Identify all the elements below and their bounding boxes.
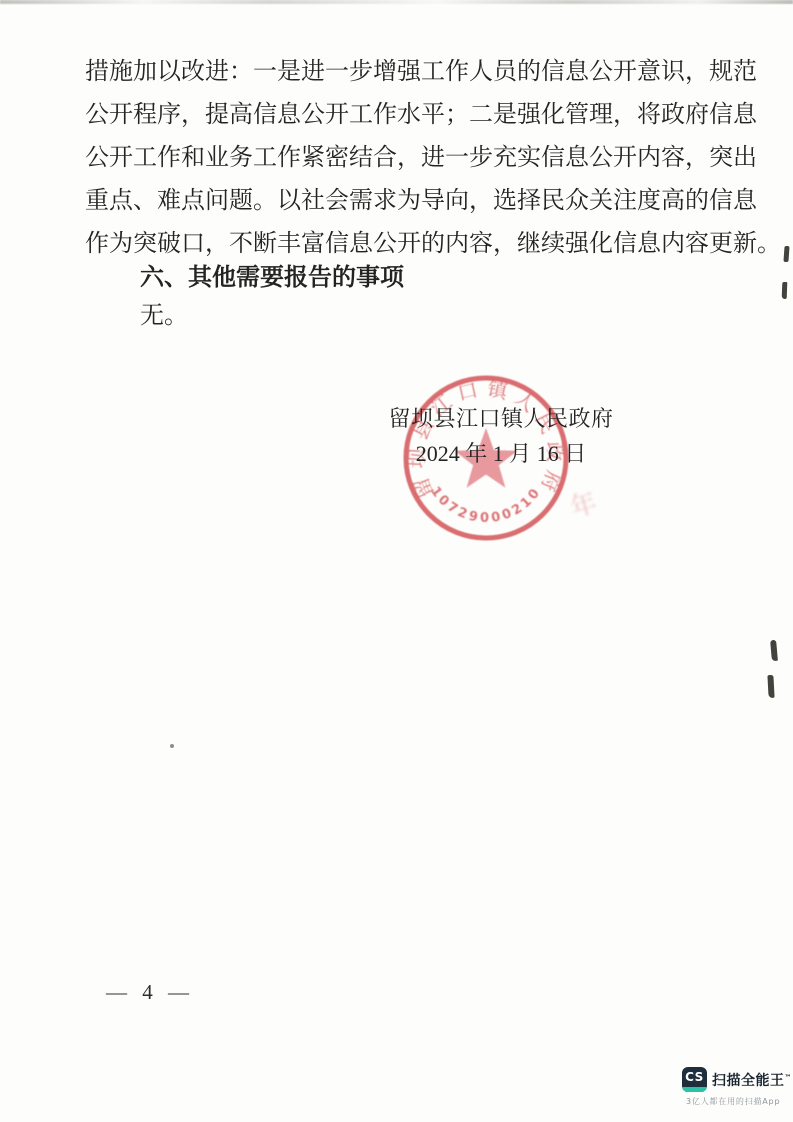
- body-paragraph: 措施加以改进：一是进一步增强工作人员的信息公开意识，规范 公开程序，提高信息公开…: [85, 51, 745, 266]
- page-number: — 4 —: [106, 980, 190, 1005]
- scanned-document-page: 措施加以改进：一是进一步增强工作人员的信息公开意识，规范 公开程序，提高信息公开…: [0, 0, 793, 1122]
- camscanner-watermark: CS 扫描全能王™ 3亿人都在用的扫描App: [682, 1067, 788, 1107]
- body-line: 公开工作和业务工作紧密结合，进一步充实信息公开内容，突出: [85, 137, 745, 180]
- scan-artifact: [170, 744, 174, 748]
- camscanner-logo-icon: CS: [682, 1067, 707, 1092]
- signature-block: 留坝县江口镇人民政府 2024 年 1 月 16 日: [381, 402, 621, 472]
- scan-artifact: [770, 640, 778, 661]
- none-text: 无。: [85, 300, 745, 332]
- logo-accent-bar: [682, 1087, 707, 1092]
- scan-artifact: [783, 246, 789, 262]
- body-line: 公开程序，提高信息公开工作水平；二是强化管理，将政府信息: [85, 94, 745, 137]
- watermark-tagline: 3亿人都在用的扫描App: [682, 1096, 788, 1107]
- body-line: 重点、难点问题。以社会需求为导向，选择民众关注度高的信息: [85, 180, 745, 223]
- signature-org: 留坝县江口镇人民政府: [381, 402, 621, 436]
- signature-date: 2024 年 1 月 16 日: [381, 436, 621, 472]
- body-line: 措施加以改进：一是进一步增强工作人员的信息公开意识，规范: [85, 51, 745, 94]
- watermark-brand-text: 扫描全能王™: [712, 1070, 792, 1090]
- scan-artifact: [782, 282, 788, 299]
- body-line: 作为突破口，不断丰富信息公开的内容，继续强化信息内容更新。: [85, 223, 745, 266]
- scan-edge-artifact: [0, 0, 793, 4]
- watermark-logo-row: CS 扫描全能王™: [682, 1067, 788, 1092]
- brand-name: 扫描全能王: [712, 1073, 785, 1089]
- trademark-symbol: ™: [785, 1073, 793, 1081]
- section-heading: 六、其他需要报告的事项: [85, 261, 745, 293]
- scan-artifact: [767, 675, 774, 698]
